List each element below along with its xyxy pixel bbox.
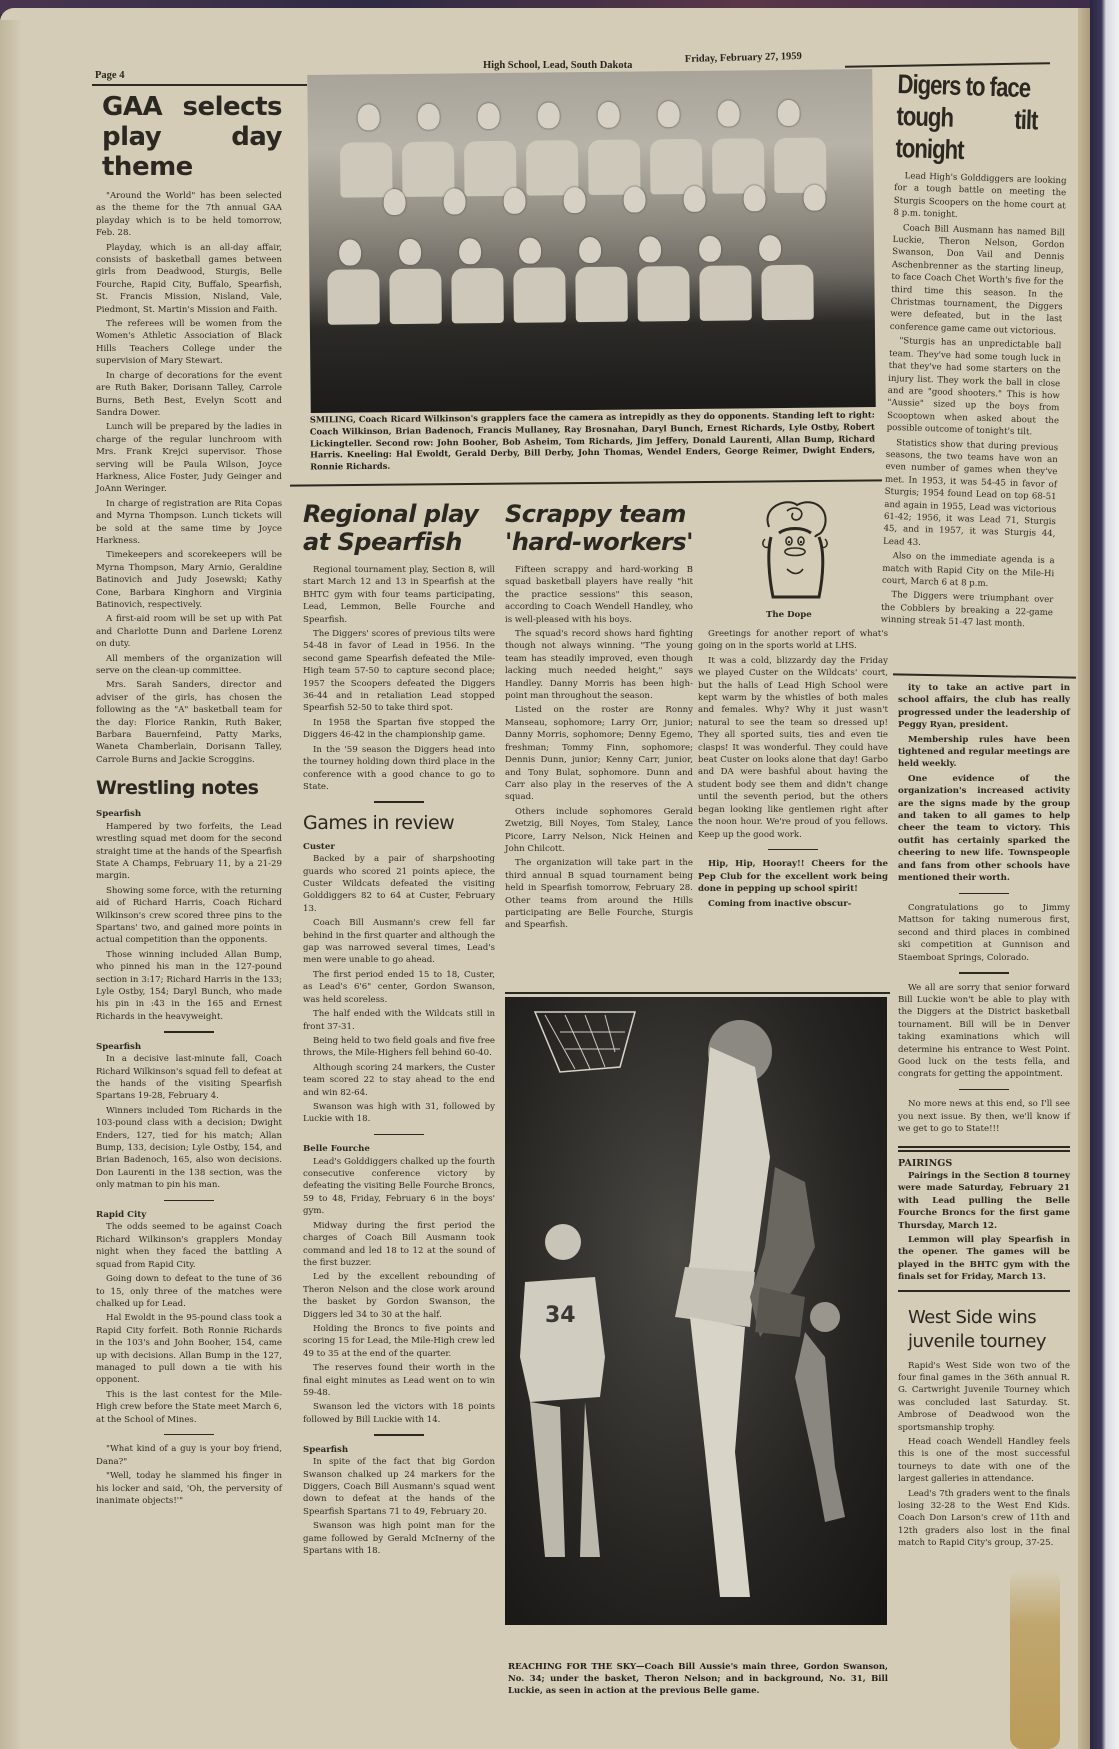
section-rule — [505, 992, 890, 994]
paragraph: "Sturgis has an unpredictable ball team.… — [886, 335, 1061, 440]
dope-continued-body: ity to take an active part in school aff… — [898, 682, 1070, 885]
westside-article-body: Rapid's West Side won two of the four fi… — [898, 1360, 1070, 1550]
paragraph: Swanson was high point man for the game … — [303, 1520, 495, 1557]
paragraph: The odds seemed to be against Coach Rich… — [96, 1221, 282, 1271]
double-rule — [898, 1146, 1070, 1148]
paragraph: The half ended with the Wildcats still i… — [303, 1008, 495, 1033]
paragraph: In charge of decorations for the event a… — [96, 370, 282, 420]
basketball-scene-icon: 34 — [505, 997, 887, 1625]
paragraph: "Around the World" has been selected as … — [96, 190, 282, 240]
section-subhead: Custer — [303, 841, 495, 853]
paragraph: In the '59 season the Diggers head into … — [303, 744, 495, 794]
basketball-action-photo: 34 — [505, 997, 887, 1625]
team-photo-caption: SMILING, Coach Ricard Wilkinson's grappl… — [310, 410, 875, 474]
paragraph: Holding the Broncs to five points and sc… — [303, 1323, 495, 1360]
luckie-note: We all are sorry that senior forward Bil… — [898, 982, 1070, 1081]
paragraph: Although scoring 24 markers, the Custer … — [303, 1062, 495, 1099]
gaa-article-body: "Around the World" has been selected as … — [96, 190, 282, 766]
pairings-headline: PAIRINGS — [898, 1158, 1070, 1170]
gaa-headline: GAA selects play day theme — [96, 92, 282, 182]
games-review-headline: Games in review — [303, 811, 495, 835]
paragraph: Hal Ewoldt in the 95-pound class took a … — [96, 1312, 282, 1386]
masthead-rule-left — [92, 84, 307, 86]
section-subhead: Spearfish — [96, 808, 282, 820]
paragraph: One evidence of the organization's incre… — [898, 773, 1070, 885]
paragraph: Others include sophomores Gerald Zwetzig… — [505, 806, 693, 856]
divider — [374, 1134, 424, 1136]
joke-line: "Well, today he slammed his finger in hi… — [96, 1470, 282, 1507]
scrappy-article-body: Fifteen scrappy and hard-working B squad… — [505, 564, 693, 932]
paragraph: Pairings in the Section 8 tourney were m… — [898, 1170, 1070, 1232]
paragraph: Being held to two field goals and five f… — [303, 1035, 495, 1060]
paragraph: Mrs. Sarah Sanders, director and adviser… — [96, 679, 282, 766]
paragraph: Also on the immediate agenda is a match … — [882, 550, 1055, 593]
paragraph: Going down to defeat to the tune of 36 t… — [96, 1273, 282, 1310]
divider — [959, 1089, 1009, 1091]
paragraph: Led by the excellent rebounding of Thero… — [303, 1271, 495, 1321]
double-rule — [898, 1150, 1070, 1152]
column-regional-games: Regional play at Spearfish Regional tour… — [303, 500, 495, 1559]
paragraph: This is the last contest for the Mile-Hi… — [96, 1389, 282, 1426]
paragraph: Those winning included Allan Bump, who p… — [96, 949, 282, 1023]
paragraph: All members of the organization will ser… — [96, 653, 282, 678]
water-stain — [1010, 1570, 1060, 1749]
team-photo-front-torsos — [327, 265, 824, 325]
paragraph: The squad's record shows hard fighting t… — [505, 628, 693, 702]
pairings-bottom-rule — [898, 1290, 1070, 1292]
paragraph: In a decisive last-minute fall, Coach Ri… — [96, 1053, 282, 1103]
paragraph: Showing some force, with the returning a… — [96, 885, 282, 947]
column-diggers: Digers to face tough tilt tonight Lead H… — [880, 68, 1070, 634]
team-photo-back-row — [358, 99, 838, 130]
team-photo-middle-row — [383, 184, 863, 215]
the-dope-cartoon-icon — [757, 497, 833, 605]
paragraph: A first-aid room will be set up with Pat… — [96, 613, 282, 650]
regional-article-body: Regional tournament play, Section 8, wil… — [303, 564, 495, 793]
paragraph: ity to take an active part in school aff… — [898, 682, 1070, 732]
signoff-note: No more news at this end, so I'll see yo… — [898, 1098, 1070, 1135]
divider — [164, 1200, 214, 1202]
svg-text:34: 34 — [545, 1303, 576, 1328]
paragraph: Fifteen scrappy and hard-working B squad… — [505, 564, 693, 626]
paragraph: It was a cold, blizzardy day the Friday … — [698, 655, 888, 841]
paragraph: Rapid's West Side won two of the four fi… — [898, 1360, 1070, 1434]
paragraph: Swanson was high with 31, followed by Lu… — [303, 1101, 495, 1126]
paragraph: Lunch will be prepared by the ladies in … — [96, 421, 282, 495]
divider — [374, 801, 424, 803]
paragraph: Membership rules have been tightened and… — [898, 734, 1070, 771]
paragraph: The reserves found their worth in the fi… — [303, 1362, 495, 1399]
column-scrappy: Scrappy team 'hard-workers' Fifteen scra… — [505, 500, 693, 934]
paragraph: In spite of the fact that big Gordon Swa… — [303, 1456, 495, 1518]
paragraph: In charge of registration are Rita Copas… — [96, 498, 282, 548]
paragraph: Midway during the first period the charg… — [303, 1220, 495, 1270]
diggers-article-body: Lead High's Golddiggers are looking for … — [880, 170, 1066, 632]
paragraph: The Diggers' scores of previous tilts we… — [303, 628, 495, 715]
paragraph: Lead High's Golddiggers are looking for … — [893, 170, 1066, 225]
regional-headline: Regional play at Spearfish — [303, 500, 495, 556]
paragraph: Backed by a pair of sharpshooting guards… — [303, 853, 495, 915]
paragraph: Swanson led the victors with 18 points f… — [303, 1401, 495, 1426]
paragraph: The referees will be women from the Wome… — [96, 318, 282, 368]
joke-line: "What kind of a guy is your boy friend, … — [96, 1443, 282, 1468]
divider — [768, 849, 818, 851]
pairings-body: Pairings in the Section 8 tourney were m… — [898, 1170, 1070, 1284]
scrappy-headline: Scrappy team 'hard-workers' — [505, 500, 693, 556]
issue-date: Friday, February 27, 1959 — [685, 51, 802, 65]
divider — [164, 1031, 214, 1033]
divider — [959, 972, 1009, 974]
paragraph: Listed on the roster are Ronny Manseau, … — [505, 704, 693, 803]
the-dope-label: The Dope — [766, 610, 812, 620]
team-photo-front-row — [339, 235, 819, 266]
page-edge-left — [0, 20, 22, 1749]
pep-club-continued: Coming from inactive obscur- — [698, 898, 888, 910]
paragraph: The organization will take part in the t… — [505, 857, 693, 931]
westside-headline: West Side wins juvenile tourney — [908, 1306, 1070, 1354]
paragraph: In 1958 the Spartan five stopped the Dig… — [303, 717, 495, 742]
action-photo-caption: REACHING FOR THE SKY—Coach Bill Aussie's… — [508, 1662, 888, 1697]
paragraph: Lead's Golddiggers chalked up the fourth… — [303, 1156, 495, 1218]
section-subhead: Spearfish — [96, 1041, 282, 1053]
divider — [374, 1434, 424, 1436]
divider — [959, 893, 1009, 895]
wrestling-team-photo — [307, 69, 876, 413]
section-subhead: Rapid City — [96, 1209, 282, 1221]
wrestling-article-body: SpearfishHampered by two forfeits, the L… — [96, 808, 282, 1507]
paragraph: The first period ended 15 to 18, Custer,… — [303, 969, 495, 1006]
section-subhead: Spearfish — [303, 1444, 495, 1456]
column-dope: Greetings for another report of what's g… — [698, 628, 888, 912]
school-line: High School, Lead, South Dakota — [483, 60, 632, 71]
paragraph: Lemmon will play Spearfish in the opener… — [898, 1234, 1070, 1284]
paragraph: The Diggers were triumphant over the Cob… — [880, 589, 1053, 632]
paragraph: Timekeepers and scorekeepers will be Myr… — [96, 549, 282, 611]
paragraph: Winners included Tom Richards in the 103… — [96, 1105, 282, 1192]
congrats-note: Congratulations go to Jimmy Mattson for … — [898, 902, 1070, 964]
games-review-article-body: CusterBacked by a pair of sharpshooting … — [303, 841, 495, 1558]
paragraph: Hampered by two forfeits, the Lead wrest… — [96, 821, 282, 883]
paragraph: Statistics show that during previous sea… — [883, 436, 1058, 553]
paragraph: Regional tournament play, Section 8, wil… — [303, 564, 495, 626]
page-number: Page 4 — [95, 70, 124, 81]
diggers-headline: Digers to face tough tilt tonight — [895, 68, 1039, 168]
paragraph: Lead's 7th graders went to the finals lo… — [898, 1488, 1070, 1550]
wrestling-headline: Wrestling notes — [96, 776, 282, 800]
column-dope-continued: ity to take an active part in school aff… — [898, 682, 1070, 1552]
divider — [164, 1434, 214, 1436]
section-subhead: Belle Fourche — [303, 1143, 495, 1155]
paragraph: Coach Bill Ausmann's crew fell far behin… — [303, 917, 495, 967]
paragraph: Playday, which is an all-day affair, con… — [96, 242, 282, 316]
pep-club-note: Hip, Hip, Hooray!! Cheers for the Pep Cl… — [698, 858, 888, 895]
dope-article-body: Greetings for another report of what's g… — [698, 628, 888, 841]
book-binding-right — [1090, 0, 1119, 1749]
column-gaa-wrestling: GAA selects play day theme "Around the W… — [96, 92, 282, 1510]
paragraph: Head coach Wendell Handley feels this is… — [898, 1436, 1070, 1486]
paragraph: Coach Bill Ausmann has named Bill Luckie… — [890, 222, 1065, 339]
paragraph: Greetings for another report of what's g… — [698, 628, 888, 653]
